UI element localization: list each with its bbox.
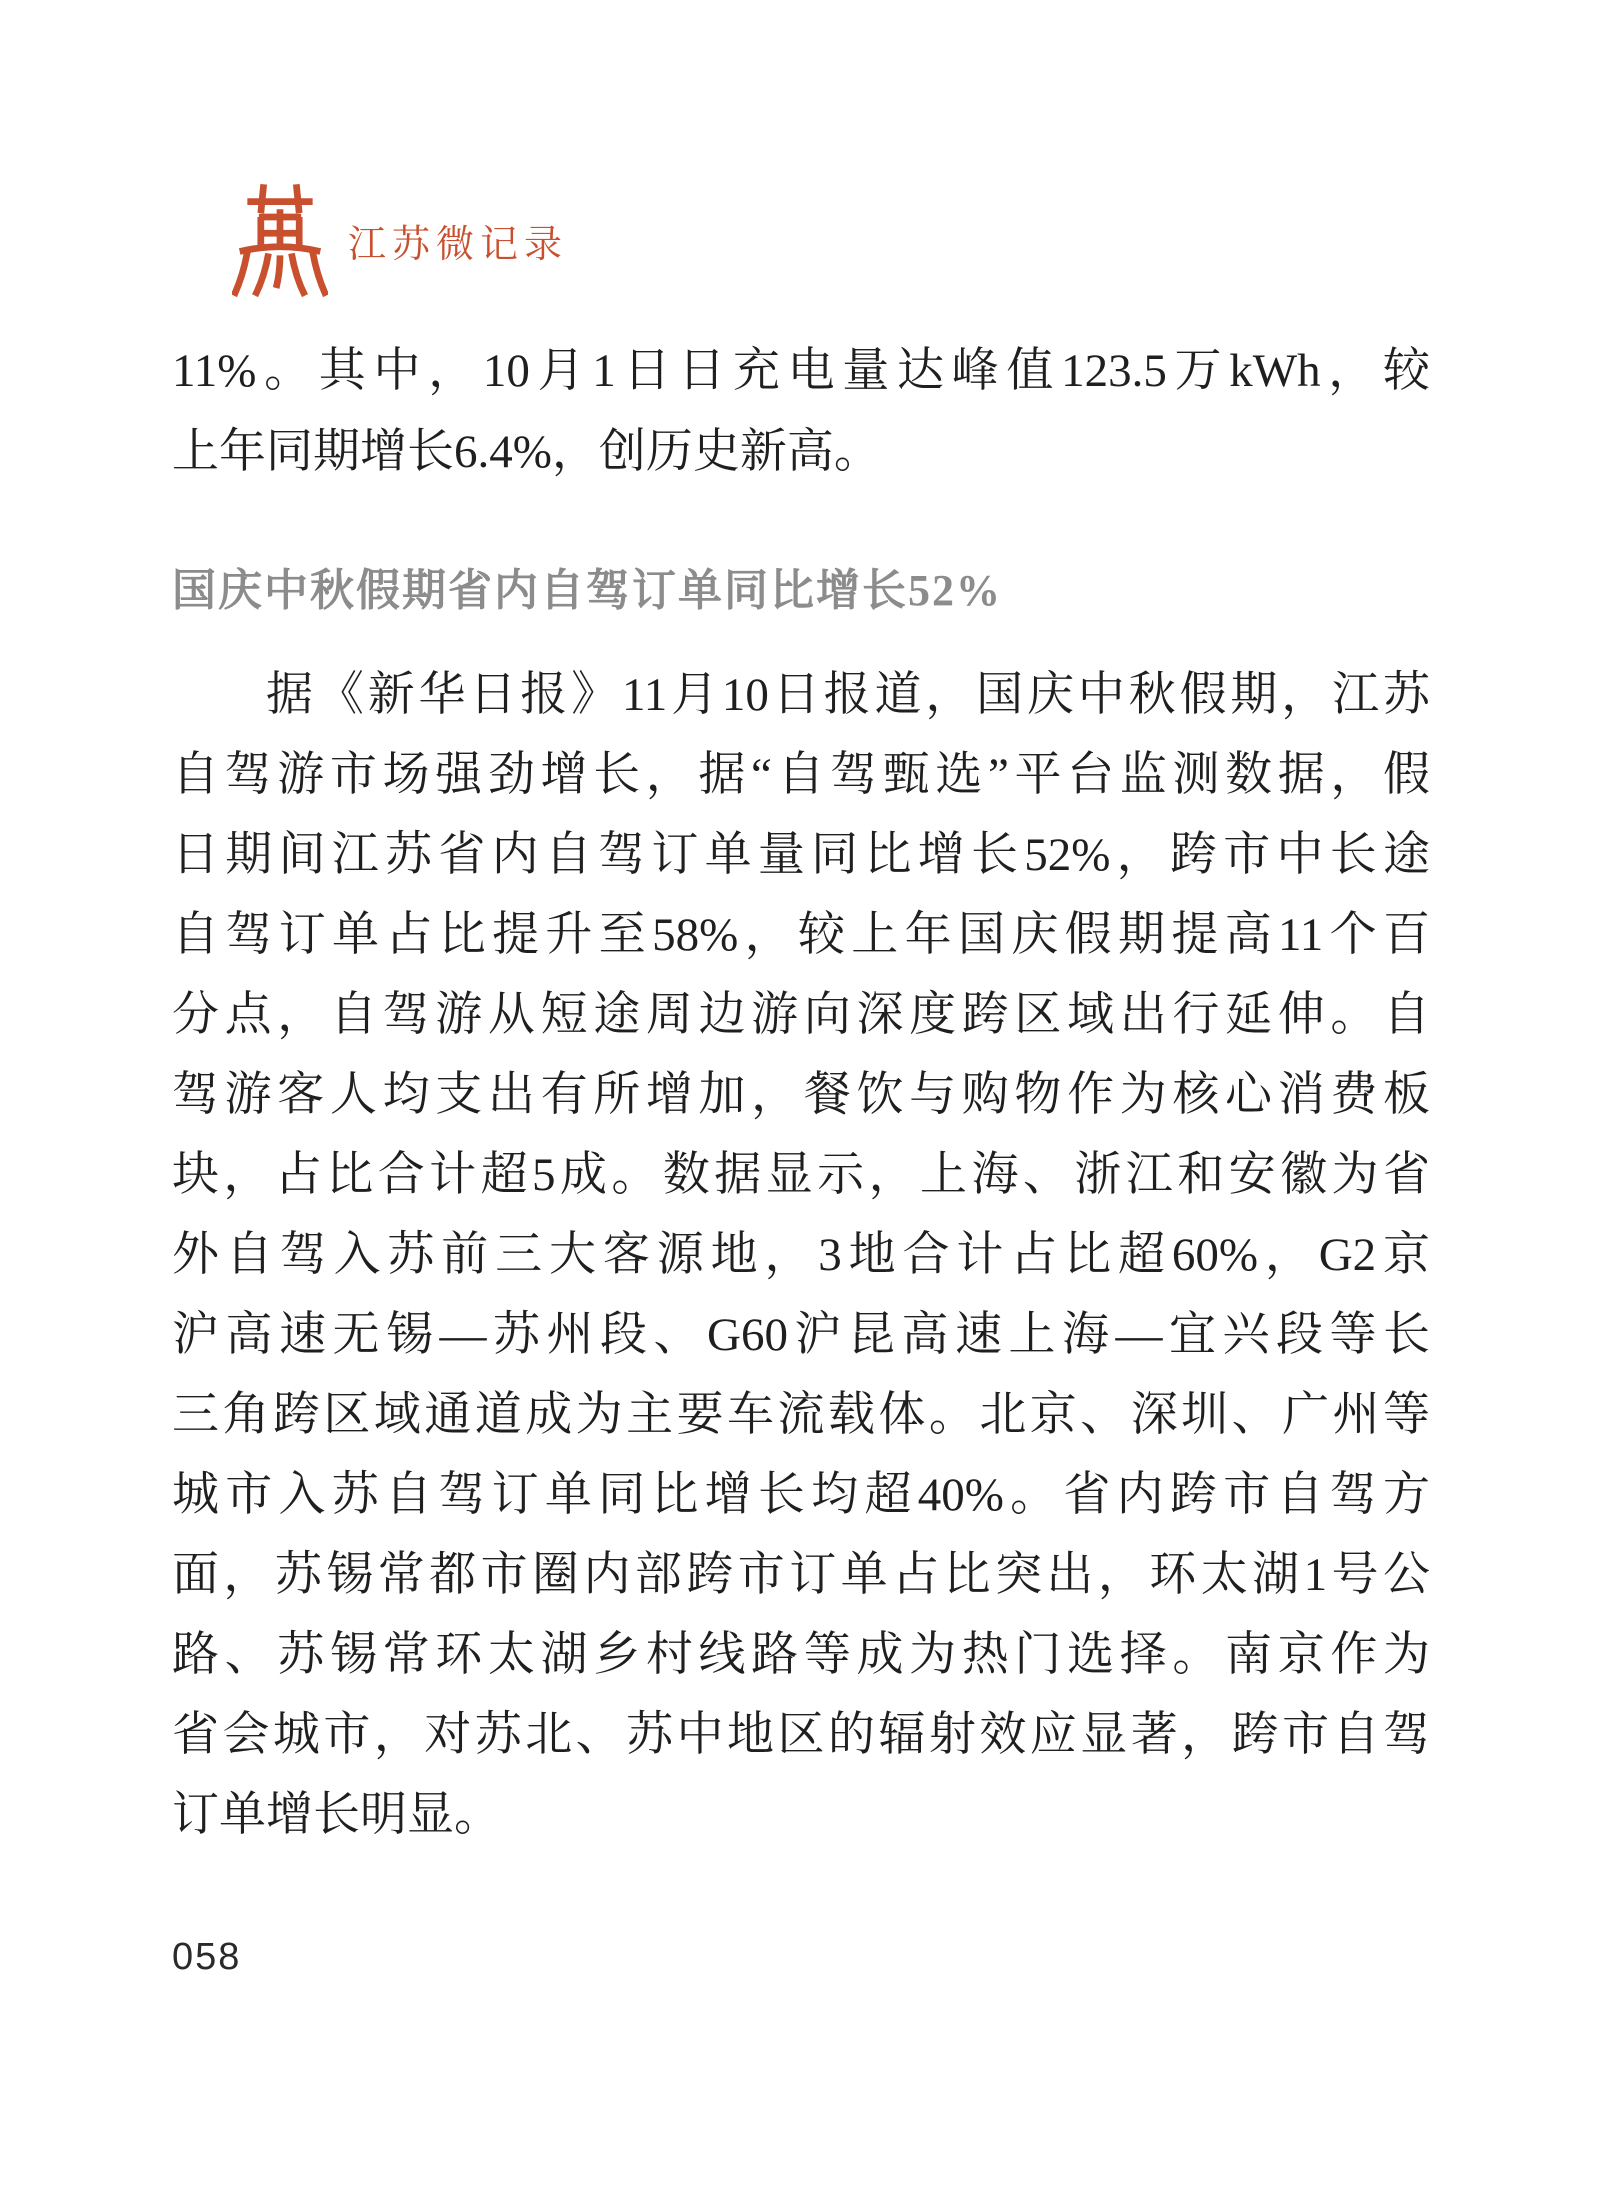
text-line: 块，占比合计超5成。数据显示，上海、浙江和安徽为省: [172, 1135, 1430, 1215]
text-line: 据《新华日报》11月10日报道，国庆中秋假期，江苏: [172, 655, 1430, 735]
text-line: 面，苏锡常都市圈内部跨市订单占比突出，环太湖1号公: [172, 1535, 1430, 1615]
text-line: 订单增长明显。: [172, 1775, 1430, 1855]
text-line: 日期间江苏省内自驾订单量同比增长52%，跨市中长途: [172, 815, 1430, 895]
text-line: 沪高速无锡—苏州段、G60沪昆高速上海—宜兴段等长: [172, 1295, 1430, 1375]
section-heading: 国庆中秋假期省内自驾订单同比增长52%: [172, 560, 1430, 622]
brand-title: 江苏微记录: [348, 216, 568, 264]
text-line: 自驾游市场强劲增长，据“自驾甄选”平台监测数据，假: [172, 735, 1430, 815]
jiangsu-seal-mark-icon: [232, 180, 328, 300]
text-line: 自驾订单占比提升至58%，较上年国庆假期提高11个百: [172, 895, 1430, 975]
text-line: 省会城市，对苏北、苏中地区的辐射效应显著，跨市自驾: [172, 1695, 1430, 1775]
text-line: 三角跨区域通道成为主要车流载体。北京、深圳、广州等: [172, 1375, 1430, 1455]
text-line: 11%。其中，10月1日日充电量达峰值123.5万kWh，较: [172, 331, 1430, 412]
paragraph-holiday-self-driving: 据《新华日报》11月10日报道，国庆中秋假期，江苏自驾游市场强劲增长，据“自驾甄…: [172, 655, 1430, 1855]
text-line: 驾游客人均支出有所增加，餐饮与购物作为核心消费板: [172, 1055, 1430, 1135]
page-number: 058: [172, 1936, 241, 1979]
paragraph-charging-stats: 11%。其中，10月1日日充电量达峰值123.5万kWh，较上年同期增长6.4%…: [172, 331, 1430, 493]
text-line: 城市入苏自驾订单同比增长均超40%。省内跨市自驾方: [172, 1455, 1430, 1535]
text-line: 外自驾入苏前三大客源地，3地合计占比超60%，G2京: [172, 1215, 1430, 1295]
page-header: 江苏微记录: [232, 180, 568, 300]
book-page: 江苏微记录 11%。其中，10月1日日充电量达峰值123.5万kWh，较上年同期…: [0, 0, 1599, 2205]
text-line: 路、苏锡常环太湖乡村线路等成为热门选择。南京作为: [172, 1615, 1430, 1695]
text-line: 分点，自驾游从短途周边游向深度跨区域出行延伸。自: [172, 975, 1430, 1055]
text-line: 上年同期增长6.4%，创历史新高。: [172, 412, 1430, 493]
